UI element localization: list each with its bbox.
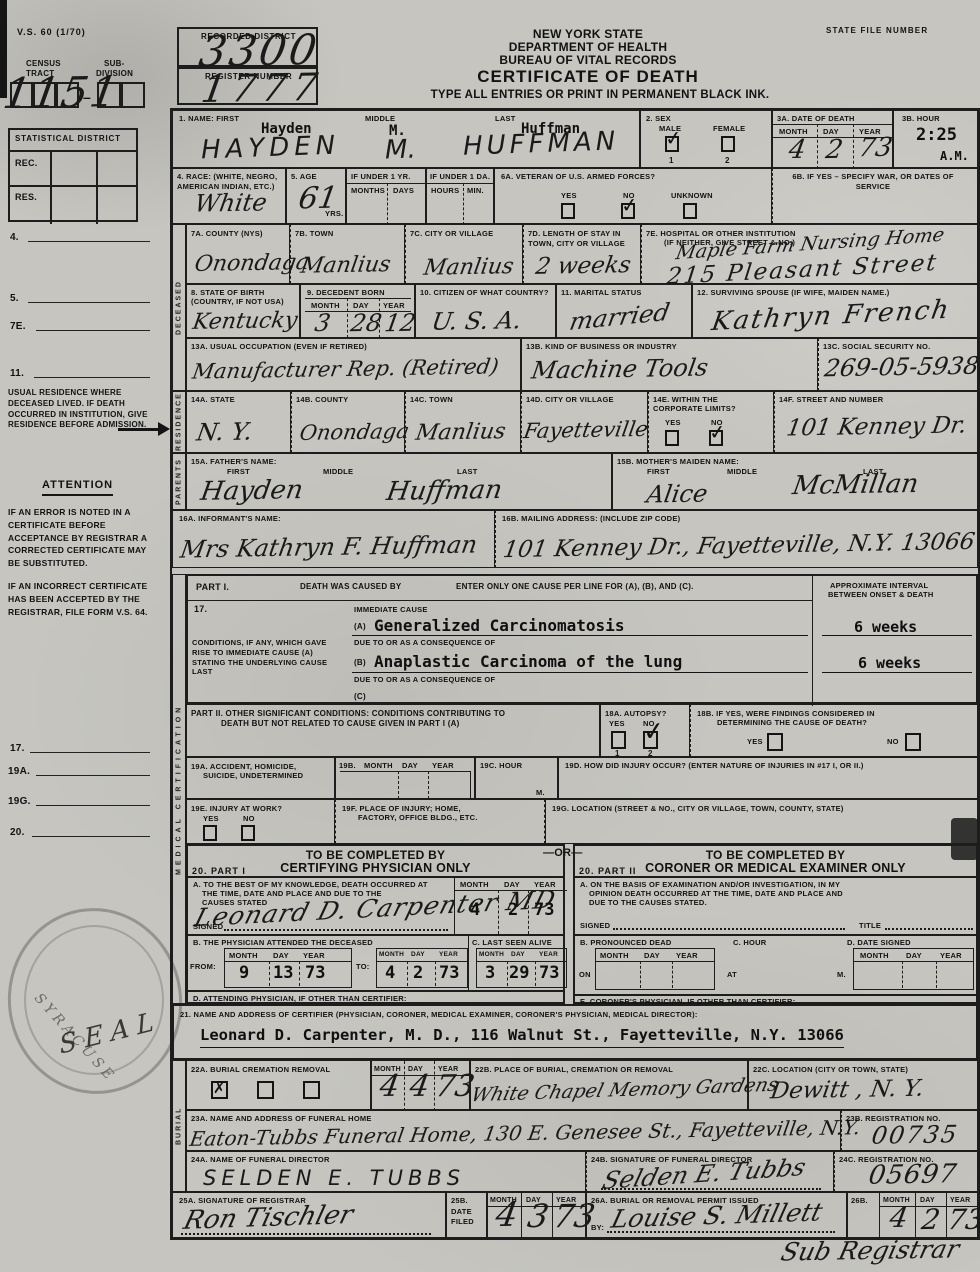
certified-year: 73 xyxy=(534,900,554,920)
field-14c-label: 14C. TOWN xyxy=(410,395,453,405)
month-col-label: MONTH xyxy=(364,761,393,771)
attended-from-month: 9 xyxy=(239,963,249,983)
margin-rule xyxy=(28,240,150,242)
injury-no-label: NO xyxy=(243,814,255,824)
field-14d-city: 14D. CITY OR VILLAGE Fayetteville xyxy=(521,391,648,453)
industry-value: Machine Tools xyxy=(530,353,711,384)
burial-place-value: White Chapel Memory Gardens xyxy=(469,1074,781,1107)
hour-m-suffix: M. xyxy=(536,788,545,798)
margin-rule xyxy=(28,301,150,303)
field-8-state-of-birth: 8. STATE OF BIRTH (COUNTRY, IF NOT USA) … xyxy=(186,284,300,338)
burial-location-value: Dewitt , N. Y. xyxy=(769,1076,926,1105)
coroner-b-label: B. PRONOUNCED DEAD xyxy=(580,938,672,948)
father-middle-label: MIDDLE xyxy=(323,467,353,477)
checkbox-injury-no xyxy=(241,825,255,841)
findings-yes-label: YES xyxy=(747,737,763,747)
year-col-label: YEAR xyxy=(676,951,698,961)
month-col-label: MONTH xyxy=(229,951,258,961)
day-col-label: DAY xyxy=(511,951,525,959)
field-22-date: MONTH DAY YEAR 4 4 73 xyxy=(371,1060,470,1110)
field-18a-autopsy: 18A. AUTOPSY? YES NO ✓ 1 2 xyxy=(600,704,690,757)
immediate-cause-label: IMMEDIATE CAUSE xyxy=(354,605,428,615)
month-col-label: MONTH xyxy=(860,951,889,961)
field-7b-label: 7B. TOWN xyxy=(295,229,334,239)
field-13a-label: 13A. USUAL OCCUPATION (EVEN IF RETIRED) xyxy=(191,342,367,352)
side-label-parents: PARENTS xyxy=(172,453,186,510)
residence-city-value: Fayetteville xyxy=(522,417,650,443)
field-7c-city: 7C. CITY OR VILLAGE Manlius xyxy=(405,224,523,284)
born-month-value: 3 xyxy=(313,309,333,337)
field-8-label2: (COUNTRY, IF NOT USA) xyxy=(191,297,284,307)
attended-to-month: 4 xyxy=(385,963,395,983)
field-18b-label-2: DETERMINING THE CAUSE OF DEATH? xyxy=(717,718,867,728)
checkbox-veteran-no: ✓ xyxy=(621,203,635,219)
field-6b-label: 6B. IF YES – SPECIFY WAR, OR DATES OF SE… xyxy=(778,172,968,192)
last-seen-year: 73 xyxy=(539,963,559,983)
min-col-label: MIN. xyxy=(467,186,484,196)
field-2-label: 2. SEX xyxy=(646,114,671,124)
margin-rule xyxy=(36,774,150,776)
field-21-certifier: 21. NAME AND ADDRESS OF CERTIFIER (PHYSI… xyxy=(172,1004,978,1060)
cause-b-value: Anaplastic Carcinoma of the lung xyxy=(374,652,682,671)
last-seen-day: 29 xyxy=(509,963,529,983)
instruction-line: TYPE ALL ENTRIES OR PRINT IN PERMANENT B… xyxy=(410,88,790,103)
field-18b-findings: 18B. IF YES, WERE FINDINGS CONSIDERED IN… xyxy=(690,704,978,757)
field-22c-location: 22C. LOCATION (CITY OR TOWN, STATE) Dewi… xyxy=(748,1060,978,1110)
field-10-citizen: 10. CITIZEN OF WHAT COUNTRY? U. S. A. xyxy=(415,284,556,338)
permit-day-value: 2 xyxy=(919,1203,942,1236)
interval-a-rule xyxy=(822,634,972,636)
town-value: Manlius xyxy=(299,252,393,279)
field-23a-funeral-home: 23A. NAME AND ADDRESS OF FUNERAL HOME Ea… xyxy=(186,1110,841,1151)
field-19e-injury-at-work: 19E. INJURY AT WORK? YES NO xyxy=(186,799,335,844)
field-16a-label: 16A. INFORMANT'S NAME: xyxy=(179,514,281,524)
funeral-director-value: SELDEN E. TUBBS xyxy=(203,1166,465,1190)
permit-month-value: 4 xyxy=(887,1201,910,1234)
citizen-value: U. S. A. xyxy=(430,306,524,336)
field-16a-informant: 16A. INFORMANT'S NAME: Mrs Kathryn F. Hu… xyxy=(172,510,495,568)
margin-rule xyxy=(32,835,150,837)
coroner-c-label: C. HOUR xyxy=(733,938,766,948)
margin-item-11: 11. xyxy=(10,367,24,380)
checkbox-limits-yes xyxy=(665,430,679,446)
checkbox-autopsy-no: ✓ xyxy=(643,731,658,749)
field-7a-label: 7A. COUNTY (NYS) xyxy=(191,229,263,239)
statistical-district-label: STATISTICAL DISTRICT xyxy=(15,134,133,144)
field-19g-location: 19G. LOCATION (STREET & NO., CITY OR VIL… xyxy=(545,799,978,844)
mother-middle-label: MIDDLE xyxy=(727,467,757,477)
checkmark-icon: ✓ xyxy=(641,716,666,748)
census-tract-value: 1151 xyxy=(0,67,123,118)
field-23b-registration: 23B. REGISTRATION NO. 00735 xyxy=(841,1110,978,1151)
register-number-value: 1777 xyxy=(198,65,326,111)
field-14e-corporate-limits: 14E. WITHIN THE CORPORATE LIMITS? YES NO… xyxy=(648,391,774,453)
hours-col-label: HOURS xyxy=(431,186,459,196)
field-13c-label: 13C. SOCIAL SECURITY NO. xyxy=(823,342,930,352)
rec-label: REC. xyxy=(15,158,38,170)
field-14b-label: 14B. COUNTY xyxy=(296,395,348,405)
field-11-label: 11. MARITAL STATUS xyxy=(561,288,642,298)
margin-rule xyxy=(34,376,150,378)
state-file-number-label: STATE FILE NUMBER xyxy=(826,26,928,36)
informant-value: Mrs Kathryn F. Huffman xyxy=(178,530,479,563)
field-14a-label: 14A. STATE xyxy=(191,395,235,405)
field-14b-county: 14B. COUNTY Onondaga xyxy=(291,391,405,453)
autopsy-yes-label: YES xyxy=(609,719,625,729)
margin-rule xyxy=(36,804,150,806)
field-14f-street: 14F. STREET AND NUMBER 101 Kenney Dr. xyxy=(774,391,978,453)
field-4-race: 4. RACE: (WHITE, NEGRO, AMERICAN INDIAN,… xyxy=(172,168,286,224)
from-label: FROM: xyxy=(190,962,216,972)
item-17-label: 17. xyxy=(194,604,207,616)
death-year-value: 73 xyxy=(857,133,895,164)
cause-a-value: Generalized Carcinomatosis xyxy=(374,616,624,635)
month-col-label: MONTH xyxy=(600,951,629,961)
death-certificate-scan: V.S. 60 (1/70) CENSUS TRACT SUB- DIVISIO… xyxy=(0,0,980,1272)
certified-month: 4 xyxy=(470,900,480,920)
field-22c-label: 22C. LOCATION (CITY OR TOWN, STATE) xyxy=(753,1065,908,1075)
coroner-title-dotline xyxy=(885,927,973,930)
part1-label: PART I. xyxy=(196,582,229,594)
field-19f-place: 19F. PLACE OF INJURY; HOME, FACTORY, OFF… xyxy=(335,799,545,844)
field-22a-label: 22A. BURIAL CREMATION REMOVAL xyxy=(191,1065,330,1075)
field-19b-label: 19B. xyxy=(339,761,356,771)
cause-c-prefix: (C) xyxy=(354,692,366,702)
cause-b-rule xyxy=(352,671,808,673)
part1-block: PART I. DEATH WAS CAUSED BY ENTER ONLY O… xyxy=(186,574,978,704)
interval-head-2: BETWEEN ONSET & DEATH xyxy=(828,590,934,600)
father-first-value: Hayden xyxy=(198,475,305,507)
field-14a-state: 14A. STATE N. Y. xyxy=(186,391,291,453)
conditions-note: CONDITIONS, IF ANY, WHICH GAVE RISE TO I… xyxy=(192,638,344,677)
field-1-label: 1. NAME: FIRST xyxy=(179,114,239,124)
burial-day-value: 4 xyxy=(407,1069,432,1104)
hour-value: 2:25 xyxy=(916,125,957,145)
field-25b-label-1: 25B. xyxy=(451,1196,468,1206)
day-col-label: DAY xyxy=(906,951,922,961)
field-22b-label: 22B. PLACE OF BURIAL, CREMATION OR REMOV… xyxy=(475,1065,673,1075)
day-col-label: DAY xyxy=(273,951,289,961)
res-label: RES. xyxy=(15,192,37,204)
length-of-stay-value: 2 weeks xyxy=(534,252,633,280)
side-label-residence: RESIDENCE xyxy=(172,391,186,453)
part2-block: PART II. OTHER SIGNIFICANT CONDITIONS: C… xyxy=(186,704,600,757)
margin-item-4: 4. xyxy=(10,231,19,244)
interval-b-rule xyxy=(822,671,972,673)
checkbox-cremation xyxy=(257,1081,274,1099)
permit-issued-signature: Louise S. Millett xyxy=(608,1197,825,1233)
year-col-label: YEAR xyxy=(539,951,558,959)
cause-a-rule xyxy=(352,634,808,636)
checkbox-sex-female xyxy=(721,136,735,152)
burial-month-value: 4 xyxy=(377,1069,402,1104)
field-19c-hour: 19C. HOUR M. xyxy=(475,757,558,799)
coroner-d-label: D. DATE SIGNED xyxy=(847,938,911,948)
form-number: V.S. 60 (1/70) xyxy=(17,27,86,39)
findings-no-label: NO xyxy=(887,737,899,747)
day-col-label: DAY xyxy=(504,880,520,890)
field-5-age: 5. AGE 61 YRS. xyxy=(286,168,346,224)
field-19g-label: 19G. LOCATION (STREET & NO., CITY OR VIL… xyxy=(552,804,844,814)
female-number: 2 xyxy=(725,156,729,165)
race-value: White xyxy=(193,188,269,217)
last-seen-month: 3 xyxy=(485,963,495,983)
mother-last-value: McMillan xyxy=(790,469,920,501)
cause-b-prefix: (B) xyxy=(354,658,366,668)
death-day-value: 2 xyxy=(824,135,845,165)
field-26b-label: 26B. xyxy=(851,1196,868,1206)
checkbox-findings-no xyxy=(905,733,921,751)
due-to-label-1: DUE TO OR AS A CONSEQUENCE OF xyxy=(354,638,495,648)
field-6b-war: 6B. IF YES – SPECIFY WAR, OR DATES OF SE… xyxy=(772,168,978,224)
field-25b-date-filed: 25B. DATE FILED xyxy=(446,1192,487,1238)
attended-to-day: 2 xyxy=(413,963,423,983)
spouse-value: Kathryn French xyxy=(709,295,952,337)
margin-item-5: 5. xyxy=(10,292,19,305)
field-7c-label: 7C. CITY OR VILLAGE xyxy=(410,229,493,239)
field-10-label: 10. CITIZEN OF WHAT COUNTRY? xyxy=(420,288,550,298)
months-col-label: MONTHS xyxy=(351,186,385,196)
field-16b-mailing: 16B. MAILING ADDRESS: (INCLUDE ZIP CODE)… xyxy=(495,510,978,568)
margin-item-19a: 19A. xyxy=(8,765,30,778)
field-22b-place: 22B. PLACE OF BURIAL, CREMATION OR REMOV… xyxy=(470,1060,748,1110)
last-seen-date-table: MONTH DAY YEAR 3 29 73 xyxy=(476,948,567,988)
physician-c-label: C. LAST SEEN ALIVE xyxy=(472,938,552,948)
coroner-at-label: AT xyxy=(727,970,737,980)
field-3b-hour: 3B. HOUR 2:25 A.M. xyxy=(893,110,978,168)
born-day-value: 28 xyxy=(349,309,384,338)
ssn-value: 269-05-5938 xyxy=(823,352,980,383)
field-1-last-label: LAST xyxy=(495,114,516,124)
month-col-label: MONTH xyxy=(379,951,404,959)
day-col-label: DAY xyxy=(402,761,418,771)
registrar-signature-dotline xyxy=(181,1232,431,1235)
field-3a-label: 3A. DATE OF DEATH xyxy=(777,114,855,124)
field-under-1-yr: IF UNDER 1 YR. MONTHS DAYS xyxy=(346,168,426,224)
margin-item-19g: 19G. xyxy=(8,795,31,808)
physician-block: TO BE COMPLETED BY CERTIFYING PHYSICIAN … xyxy=(186,844,565,1004)
physician-b-label: B. THE PHYSICIAN ATTENDED THE DECEASED xyxy=(193,938,373,948)
attended-to-year: 73 xyxy=(439,963,459,983)
days-col-label: DAYS xyxy=(393,186,414,196)
age-unit-label: YRS. xyxy=(325,209,344,219)
field-19a-label-2: SUICIDE, UNDETERMINED xyxy=(203,771,303,781)
part1-caused-by: DEATH WAS CAUSED BY xyxy=(300,582,402,592)
field-19a: 19A. ACCIDENT, HOMICIDE, SUICIDE, UNDETE… xyxy=(186,757,335,799)
year-col-label: YEAR xyxy=(432,761,454,771)
field-21-label: 21. NAME AND ADDRESS OF CERTIFIER (PHYSI… xyxy=(180,1010,698,1020)
field-15a-label: 15A. FATHER'S NAME: xyxy=(191,457,277,467)
attention-heading: ATTENTION xyxy=(42,478,113,496)
field-3a-date-of-death: 3A. DATE OF DEATH MONTH DAY YEAR 4 2 73 xyxy=(772,110,893,168)
subdivision-box xyxy=(121,82,145,108)
from-date-table: MONTH DAY YEAR 9 13 73 xyxy=(224,948,352,988)
part2-label-1: PART II. OTHER SIGNIFICANT CONDITIONS: C… xyxy=(191,709,505,719)
permit-year-value: 73 xyxy=(945,1203,980,1237)
checkmark-icon: ✓ xyxy=(708,419,727,445)
field-19f-label-2: FACTORY, OFFICE BLDG., ETC. xyxy=(358,813,478,823)
field-25b-label-2: DATE xyxy=(451,1207,472,1217)
funeral-home-registration-value: 00735 xyxy=(870,1120,961,1150)
year-col-label: YEAR xyxy=(439,951,458,959)
checkbox-autopsy-yes xyxy=(611,731,626,749)
mother-first-value: Alice xyxy=(645,479,710,508)
cause-a-prefix: (A) xyxy=(354,622,366,632)
field-7b-town: 7B. TOWN Manlius xyxy=(290,224,405,284)
checkbox-burial: ✗ xyxy=(211,1081,228,1099)
due-to-label-2: DUE TO OR AS A CONSEQUENCE OF xyxy=(354,675,495,685)
field-24a-funeral-director: 24A. NAME OF FUNERAL DIRECTOR SELDEN E. … xyxy=(186,1151,586,1192)
field-13b-industry: 13B. KIND OF BUSINESS OR INDUSTRY Machin… xyxy=(521,338,818,391)
side-label-medical-certification: MEDICAL CERTIFICATION xyxy=(172,574,186,1004)
field-14c-town: 14C. TOWN Manlius xyxy=(405,391,521,453)
coroner-on-label: ON xyxy=(579,970,591,980)
field-13a-occupation: 13A. USUAL OCCUPATION (EVEN IF RETIRED) … xyxy=(186,338,521,391)
field-11-marital: 11. MARITAL STATUS married xyxy=(556,284,692,338)
under-1-yr-label: IF UNDER 1 YR. xyxy=(351,172,411,182)
field-19d-injury: 19D. HOW DID INJURY OCCUR? (ENTER NATURE… xyxy=(558,757,978,799)
mother-first-label: FIRST xyxy=(647,467,670,477)
director-registration-value: 05697 xyxy=(866,1159,959,1191)
statistical-district-box: STATISTICAL DISTRICT REC. RES. xyxy=(8,128,138,222)
checkbox-veteran-unknown xyxy=(683,203,697,219)
mailing-address-value: 101 Kenney Dr., Fayetteville, N.Y. 13066 xyxy=(501,529,976,563)
checkbox-findings-yes xyxy=(767,733,783,751)
month-col-label: MONTH xyxy=(460,880,489,890)
residence-town-value: Manlius xyxy=(414,419,508,446)
month-col-label: MONTH xyxy=(479,951,504,959)
name-last-written: HUFFMAN xyxy=(463,126,620,161)
certifier-value: Leonard D. Carpenter, M. D., 116 Walnut … xyxy=(200,1026,844,1048)
field-3b-label: 3B. HOUR xyxy=(902,114,940,124)
field-24c-registration: 24C. REGISTRATION NO. 05697 xyxy=(834,1151,978,1192)
date-signed-table: MONTH DAY YEAR xyxy=(853,948,974,990)
side-label-burial: BURIAL xyxy=(172,1060,186,1192)
field-19e-label: 19E. INJURY AT WORK? xyxy=(191,804,282,814)
veteran-yes-label: YES xyxy=(561,191,577,201)
field-1-name: 1. NAME: FIRST MIDDLE LAST Hayden M. Huf… xyxy=(172,110,640,168)
attention-note-1: IF AN ERROR IS NOTED IN A CERTIFICATE BE… xyxy=(8,506,160,570)
occupation-value: Manufacturer Rep. (Retired) xyxy=(191,354,501,383)
margin-item-17: 17. xyxy=(10,742,25,755)
field-25b-date-cols: MONTH DAY YEAR 4 3 73 xyxy=(487,1192,586,1238)
field-13b-label: 13B. KIND OF BUSINESS OR INDUSTRY xyxy=(526,342,677,352)
field-26b-date: 26B. MONTH DAY YEAR 4 2 73 xyxy=(847,1192,978,1238)
limits-yes-label: YES xyxy=(665,418,681,428)
field-6a-label: 6A. VETERAN OF U.S. ARMED FORCES? xyxy=(501,172,655,182)
certified-day: 2 xyxy=(508,900,518,920)
field-14f-label: 14F. STREET AND NUMBER xyxy=(779,395,883,405)
residence-note: USUAL RESIDENCE WHERE DECEASED LIVED. IF… xyxy=(8,388,160,431)
year-col-label: YEAR xyxy=(534,880,556,890)
attended-from-day: 13 xyxy=(273,963,293,983)
field-12-spouse: 12. SURVIVING SPOUSE (IF WIFE, MAIDEN NA… xyxy=(692,284,978,338)
field-6a-veteran: 6A. VETERAN OF U.S. ARMED FORCES? YES NO… xyxy=(494,168,772,224)
street-number-value: 101 Kenney Dr. xyxy=(785,412,969,441)
day-col-label: DAY xyxy=(644,951,660,961)
field-19b: 19B. MONTH DAY YEAR xyxy=(335,757,475,799)
field-25a-registrar: 25A. SIGNATURE OF REGISTRAR Ron Tischler xyxy=(172,1192,446,1238)
residence-arrow-icon xyxy=(118,428,162,431)
to-label: TO: xyxy=(356,962,370,972)
field-19c-label: 19C. HOUR xyxy=(480,761,522,771)
field-26a-by-label: BY: xyxy=(591,1223,604,1233)
field-13c-ssn: 13C. SOCIAL SECURITY NO. 269-05-5938 xyxy=(818,338,978,391)
field-15b-label: 15B. MOTHER'S MAIDEN NAME: xyxy=(617,457,739,467)
state-of-birth-value: Kentucky xyxy=(191,308,299,335)
to-date-table: MONTH DAY YEAR 4 2 73 xyxy=(376,948,468,988)
residence-state-value: N. Y. xyxy=(195,418,255,447)
residence-county-value: Onondaga xyxy=(298,419,411,445)
xmark-icon: ✗ xyxy=(213,1079,226,1097)
residence-arrow-icon xyxy=(158,422,170,436)
margin-rule xyxy=(30,751,150,753)
cause-b-interval: 6 weeks xyxy=(858,654,921,672)
coroner-signed-label: SIGNED xyxy=(580,921,610,931)
field-9-label: 9. DECEDENT BORN xyxy=(307,288,385,298)
checkbox-removal xyxy=(303,1081,320,1099)
checkbox-veteran-yes xyxy=(561,203,575,219)
field-24b-director-signature: 24B. SIGNATURE OF FUNERAL DIRECTOR Selde… xyxy=(586,1151,834,1192)
field-16b-label: 16B. MAILING ADDRESS: (INCLUDE ZIP CODE) xyxy=(502,514,680,524)
hour-suffix: A.M. xyxy=(940,149,969,163)
marital-status-value: married xyxy=(567,298,672,336)
father-last-value: Huffman xyxy=(384,475,504,507)
part2-label-2: DEATH BUT NOT RELATED TO CAUSE GIVEN IN … xyxy=(221,719,460,729)
death-month-value: 4 xyxy=(787,135,808,165)
born-year-value: 12 xyxy=(383,309,418,338)
field-26a-permit: 26A. BURIAL OR REMOVAL PERMIT ISSUED BY:… xyxy=(586,1192,847,1238)
year-col-label: YEAR xyxy=(303,951,325,961)
field-12-label: 12. SURVIVING SPOUSE (IF WIFE, MAIDEN NA… xyxy=(697,288,890,298)
pronounced-date-table: MONTH DAY YEAR xyxy=(595,948,715,990)
field-7e-hospital: 7E. HOSPITAL OR OTHER INSTITUTION (IF NE… xyxy=(641,224,978,284)
coroner-title-label: TITLE xyxy=(859,921,881,931)
side-label-deceased: DECEASED xyxy=(172,224,186,391)
field-7d-length-of-stay: 7D. LENGTH OF STAY IN TOWN, CITY OR VILL… xyxy=(523,224,641,284)
margin-item-7e: 7E. xyxy=(10,320,26,333)
coroner-m-label: M. xyxy=(837,970,846,980)
field-22a-burial-type: 22A. BURIAL CREMATION REMOVAL ✗ xyxy=(186,1060,371,1110)
male-number: 1 xyxy=(669,156,673,165)
margin-rule xyxy=(36,329,150,331)
under-1-da-label: IF UNDER 1 DA. xyxy=(430,172,490,182)
physician-d-label: D. ATTENDING PHYSICIAN, IF OTHER THAN CE… xyxy=(193,994,407,1004)
sub-registrar-note: Sub Registrar xyxy=(778,1234,962,1266)
checkbox-limits-no: ✓ xyxy=(709,430,723,446)
coroner-block: TO BE COMPLETED BY CORONER OR MEDICAL EX… xyxy=(573,844,978,1004)
checkbox-sex-male: ✓ xyxy=(665,136,679,152)
checkmark-icon: ✓ xyxy=(620,192,639,218)
attention-note-2: IF AN INCORRECT CERTIFICATE HAS BEEN ACC… xyxy=(8,580,160,618)
field-24a-label: 24A. NAME OF FUNERAL DIRECTOR xyxy=(191,1155,330,1165)
coroner-signed-dotline xyxy=(613,927,845,930)
field-14d-label: 14D. CITY OR VILLAGE xyxy=(526,395,614,405)
field-23a-label: 23A. NAME AND ADDRESS OF FUNERAL HOME xyxy=(191,1114,372,1124)
city-value: Manlius xyxy=(422,254,516,281)
director-signature-dotline xyxy=(601,1187,821,1190)
field-25b-label-3: FILED xyxy=(451,1217,474,1227)
registrar-signature: Ron Tischler xyxy=(180,1200,356,1236)
field-15b-mother: 15B. MOTHER'S MAIDEN NAME: FIRST MIDDLE … xyxy=(612,453,978,510)
injury-yes-label: YES xyxy=(203,814,219,824)
name-middle-written: M. xyxy=(384,134,416,165)
field-7d-label: 7D. LENGTH OF STAY IN TOWN, CITY OR VILL… xyxy=(528,229,638,249)
day-col-label: DAY xyxy=(411,951,425,959)
field-9-decedent-born: 9. DECEDENT BORN MONTH DAY YEAR 3 28 12 xyxy=(300,284,415,338)
coroner-a-3: DUE TO THE CAUSES STATED. xyxy=(589,898,707,908)
field-7a-county: 7A. COUNTY (NYS) Onondaga xyxy=(186,224,290,284)
